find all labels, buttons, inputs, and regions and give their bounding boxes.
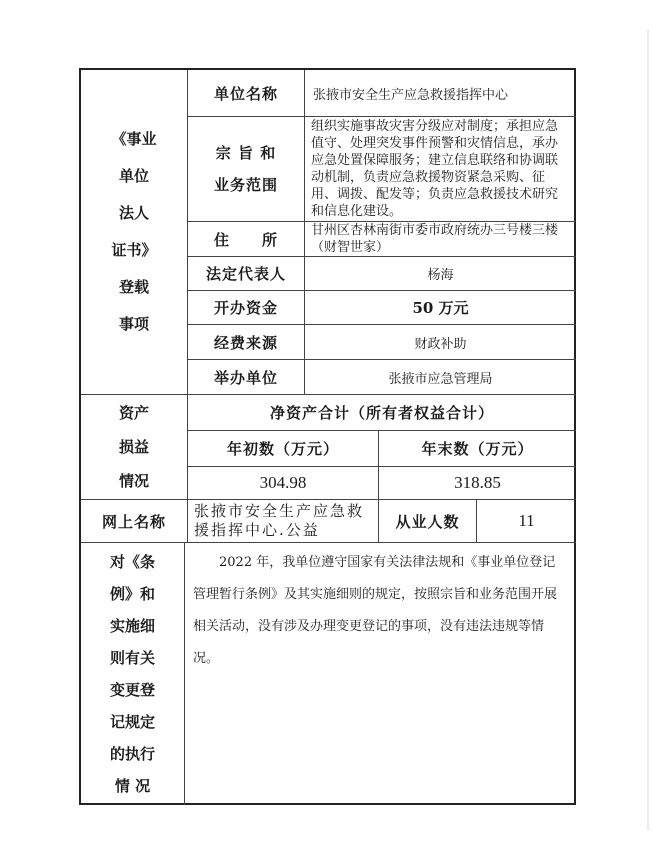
- label-line: 事项: [119, 306, 149, 343]
- label-line: 情 况: [115, 770, 150, 802]
- sponsor-value: 张掖市应急管理局: [304, 359, 576, 394]
- address-value: 甘州区杏林南街市委市政府统办三号楼三楼（财智世家）: [304, 221, 576, 256]
- capital-label: 开办资金: [187, 290, 304, 324]
- assets-section-label: 资产 损益 情况: [81, 394, 187, 499]
- sponsor-label: 举办单位: [187, 359, 304, 394]
- staff-count-value: 11: [476, 499, 576, 542]
- label-line: 《事业: [111, 121, 156, 158]
- label-line: 记规定: [110, 706, 155, 738]
- label-line: 情况: [119, 464, 149, 498]
- end-year-value: 318.85: [378, 466, 576, 499]
- label-line: 证书》: [111, 232, 156, 269]
- label-line: 单位: [119, 158, 149, 195]
- staff-count-label: 从业人数: [378, 499, 476, 542]
- label-line: 实施细: [110, 610, 155, 642]
- page-edge: [647, 30, 649, 830]
- unit-name-value: 张掖市安全生产应急救援指挥中心: [304, 70, 576, 116]
- label-line: 例》和: [110, 578, 155, 610]
- unit-name-label: 单位名称: [187, 70, 304, 116]
- label-line: 则有关: [110, 642, 155, 674]
- registration-section-label: 《事业 单位 法人 证书》 登载 事项: [81, 70, 187, 394]
- compliance-section-label: 对《条 例》和 实施细 则有关 变更登 记规定 的执行 情 况: [81, 542, 184, 805]
- legal-rep-value: 杨海: [304, 256, 576, 290]
- label-line: 登载: [119, 269, 149, 306]
- funding-source-label: 经费来源: [187, 324, 304, 359]
- compliance-text: 2022 年，我单位遵守国家有关法律法规和《事业单位登记管理暂行条例》及其实施细…: [184, 542, 576, 805]
- address-label: 住 所: [187, 221, 304, 256]
- purpose-scope-value: 组织实施事故灾害分级应对制度；承担应急值守、处理突发事件预警和灾情信息，承办应急…: [304, 116, 576, 221]
- begin-year-label: 年初数（万元）: [187, 430, 378, 466]
- label-line: 法人: [119, 195, 149, 232]
- net-assets-header: 净资产合计（所有者权益合计）: [187, 394, 576, 430]
- online-name-label: 网上名称: [81, 499, 187, 542]
- label-line: 损益: [119, 430, 149, 464]
- label-line: 对《条: [110, 546, 155, 578]
- capital-value: 50 万元: [304, 290, 576, 324]
- end-year-label: 年末数（万元）: [378, 430, 576, 466]
- annual-report-form: 《事业 单位 法人 证书》 登载 事项 单位名称 张掖市安全生产应急救援指挥中心…: [79, 68, 576, 805]
- label-line: 变更登: [110, 674, 155, 706]
- label-line: 业务范围: [214, 169, 278, 201]
- purpose-scope-label: 宗 旨 和 业务范围: [187, 116, 304, 221]
- funding-source-value: 财政补助: [304, 324, 576, 359]
- label-line: 资产: [119, 396, 149, 430]
- online-name-value: 张掖市安全生产应急救援指挥中心.公益: [187, 499, 378, 542]
- label-line: 宗 旨 和: [216, 137, 276, 169]
- begin-year-value: 304.98: [187, 466, 378, 499]
- legal-rep-label: 法定代表人: [187, 256, 304, 290]
- label-line: 的执行: [110, 738, 155, 770]
